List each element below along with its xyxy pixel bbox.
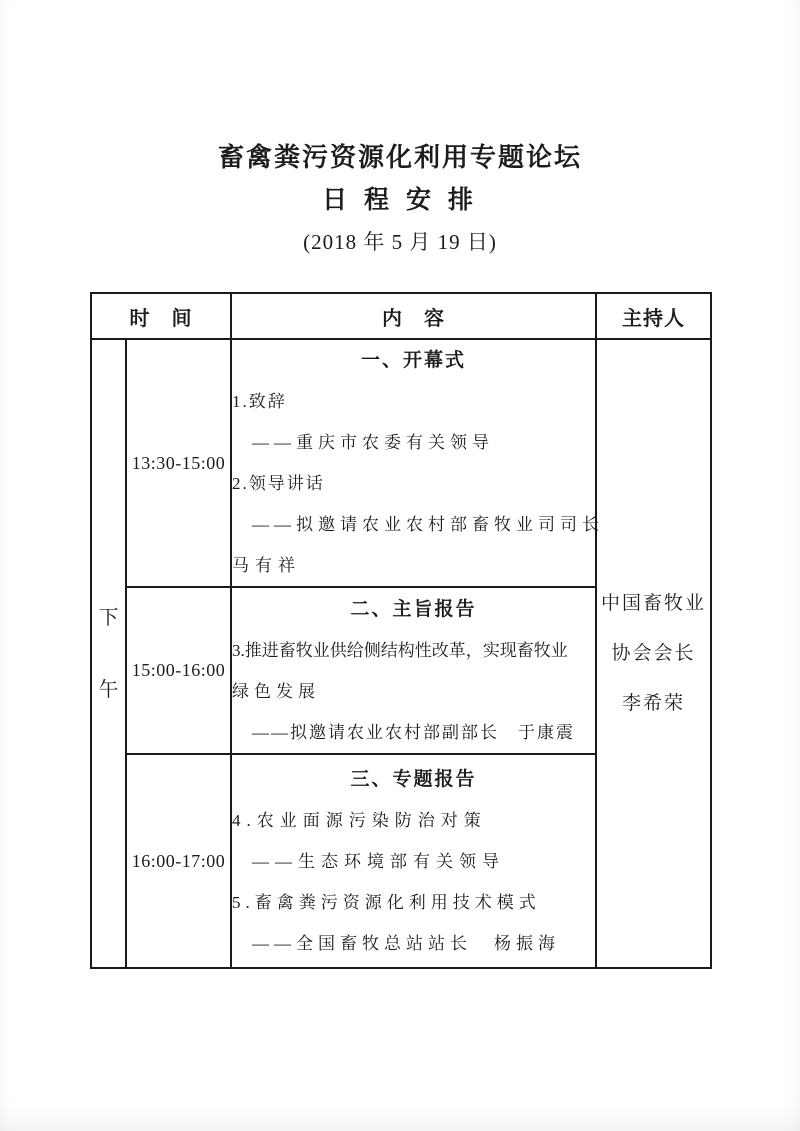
- content-cell: 三、专题报告 4.农业面源污染防治对策 ——生态环境部有关领导 5.畜禽粪污资源…: [231, 754, 596, 968]
- table-header-row: 时 间 内 容 主持人: [91, 293, 711, 339]
- period-label: 下午: [98, 582, 120, 726]
- section-heading: 三、专题报告: [232, 759, 595, 800]
- content-cell: 一、开幕式 1.致辞 ——重庆市农委有关领导 2.领导讲话 ——拟邀请农业农村部…: [231, 339, 596, 587]
- page-subtitle: 日 程 安 排: [0, 185, 800, 215]
- col-header-moderator: 主持人: [596, 293, 711, 339]
- moderator-line: 协会会长: [597, 629, 710, 679]
- agenda-line: 马有祥: [232, 545, 595, 586]
- agenda-line: 3.推进畜牧业供给侧结构性改革，实现畜牧业: [232, 630, 595, 671]
- time-cell: 15:00-16:00: [126, 587, 231, 754]
- period-cell: 下午: [91, 339, 126, 968]
- title-block: 畜禽粪污资源化利用专题论坛 日 程 安 排 (2018 年 5 月 19 日): [0, 0, 800, 256]
- page-title: 畜禽粪污资源化利用专题论坛: [0, 138, 800, 176]
- agenda-line: 4.农业面源污染防治对策: [232, 800, 595, 841]
- agenda-line: 1.致辞: [232, 381, 595, 422]
- section-heading: 一、开幕式: [232, 340, 595, 381]
- agenda-line: ——生态环境部有关领导: [232, 841, 595, 882]
- time-cell: 13:30-15:00: [126, 339, 231, 587]
- agenda-line: ——拟邀请农业农村部畜牧业司司长: [232, 504, 595, 545]
- moderator-cell: 中国畜牧业 协会会长 李希荣: [596, 339, 711, 968]
- col-header-content: 内 容: [231, 293, 596, 339]
- schedule-table: 时 间 内 容 主持人 下午 13:30-15:00 一、开幕式 1.致辞 ——…: [90, 292, 712, 969]
- agenda-line: ——重庆市农委有关领导: [232, 422, 595, 463]
- table-row: 下午 13:30-15:00 一、开幕式 1.致辞 ——重庆市农委有关领导 2.…: [91, 339, 711, 587]
- moderator-line: 中国畜牧业: [597, 579, 710, 629]
- agenda-line: ——拟邀请农业农村部副部长 于康震: [232, 712, 595, 753]
- content-cell: 二、主旨报告 3.推进畜牧业供给侧结构性改革，实现畜牧业 绿色发展 ——拟邀请农…: [231, 587, 596, 754]
- moderator-line: 李希荣: [597, 679, 710, 729]
- agenda-line: 5.畜禽粪污资源化利用技术模式: [232, 882, 595, 923]
- agenda-line: 绿色发展: [232, 671, 595, 712]
- page-date: (2018 年 5 月 19 日): [0, 228, 800, 256]
- col-header-time: 时 间: [91, 293, 231, 339]
- agenda-line: ——全国畜牧总站站长 杨振海: [232, 923, 595, 964]
- section-heading: 二、主旨报告: [232, 589, 595, 630]
- time-cell: 16:00-17:00: [126, 754, 231, 968]
- agenda-line: 2.领导讲话: [232, 463, 595, 504]
- scanned-document-page: 畜禽粪污资源化利用专题论坛 日 程 安 排 (2018 年 5 月 19 日) …: [0, 0, 800, 1131]
